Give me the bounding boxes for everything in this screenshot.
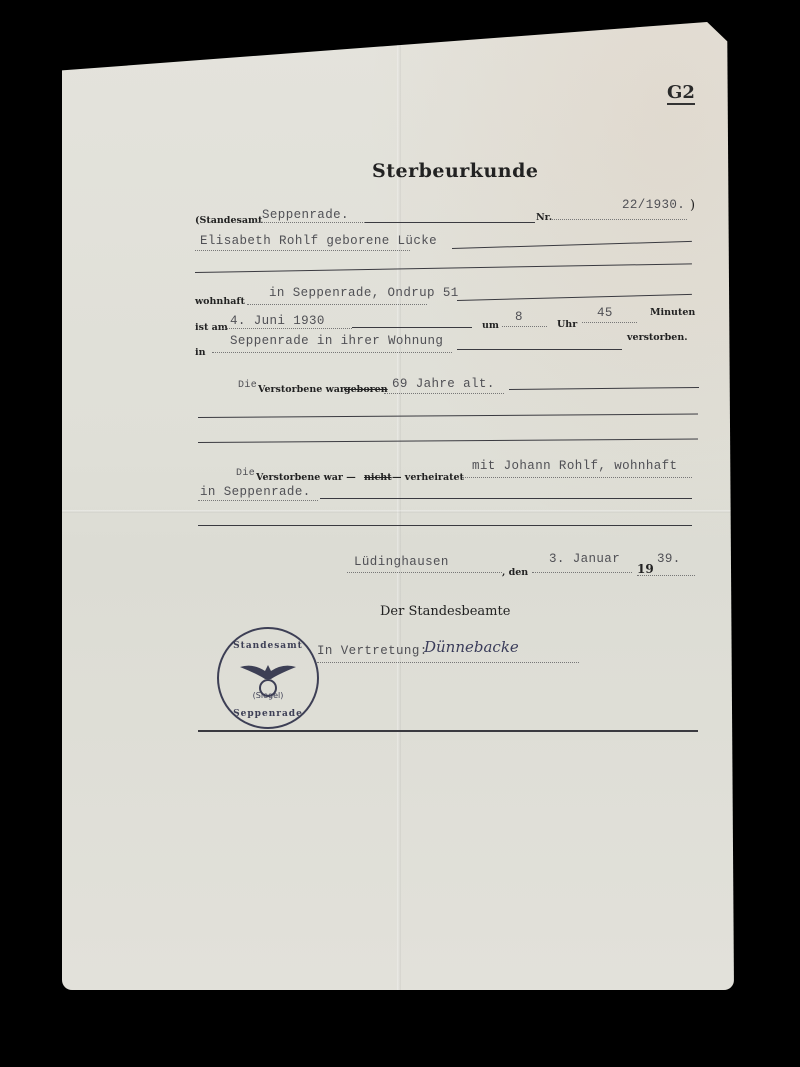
label-wohnhaft: wohnhaft bbox=[195, 296, 245, 307]
deputy-label: In Vertretung: bbox=[317, 644, 428, 658]
form-code: G2 bbox=[667, 82, 695, 105]
value-standesamt: Seppenrade. bbox=[262, 208, 349, 222]
struck-geboren: geboren bbox=[344, 384, 388, 395]
label-standesamt: (Standesamt bbox=[195, 215, 262, 226]
label-uhr: Uhr bbox=[557, 319, 577, 330]
residence-value: in Seppenrade, Ondrup 51 bbox=[269, 286, 459, 300]
official-title: Der Standesbeamte bbox=[380, 604, 510, 619]
age-value: 69 Jahre alt. bbox=[392, 377, 495, 391]
label-in: in bbox=[195, 347, 206, 358]
label-verstorben: verstorben. bbox=[627, 332, 688, 343]
death-hour: 8 bbox=[515, 310, 523, 324]
official-stamp: Standesamt (Siegel) Seppenrade bbox=[217, 627, 319, 729]
horizontal-fold bbox=[62, 510, 734, 513]
issue-date: 3. Januar bbox=[549, 552, 620, 566]
deceased-name: Elisabeth Rohlf geborene Lücke bbox=[200, 234, 437, 248]
label-um: um bbox=[482, 320, 499, 331]
issue-place: Lüdinghausen bbox=[354, 555, 449, 569]
label-verheiratet: — verheiratet bbox=[392, 472, 464, 483]
death-minutes: 45 bbox=[597, 306, 613, 320]
spouse-residence: in Seppenrade. bbox=[200, 485, 311, 499]
signature: Dünnebacke bbox=[424, 638, 519, 656]
certificate-paper: G2 Sterbeurkunde (Standesamt Seppenrade.… bbox=[62, 22, 734, 990]
spouse-value: mit Johann Rohlf, wohnhaft bbox=[472, 459, 677, 473]
issue-year: 39. bbox=[657, 552, 681, 566]
label-den: , den bbox=[502, 567, 528, 578]
document-title: Sterbeurkunde bbox=[372, 160, 538, 182]
struck-nicht: nicht bbox=[364, 472, 392, 483]
label-verstorbene-war-2: Verstorbene war — bbox=[256, 472, 356, 483]
label-verstorbene-war: Verstorbene war bbox=[258, 384, 345, 395]
label-nr: Nr. bbox=[536, 212, 552, 223]
label-minuten: Minuten bbox=[650, 307, 695, 318]
value-nr: 22/1930. bbox=[622, 198, 685, 212]
death-place: Seppenrade in ihrer Wohnung bbox=[230, 334, 443, 348]
death-date: 4. Juni 1930 bbox=[230, 314, 325, 328]
